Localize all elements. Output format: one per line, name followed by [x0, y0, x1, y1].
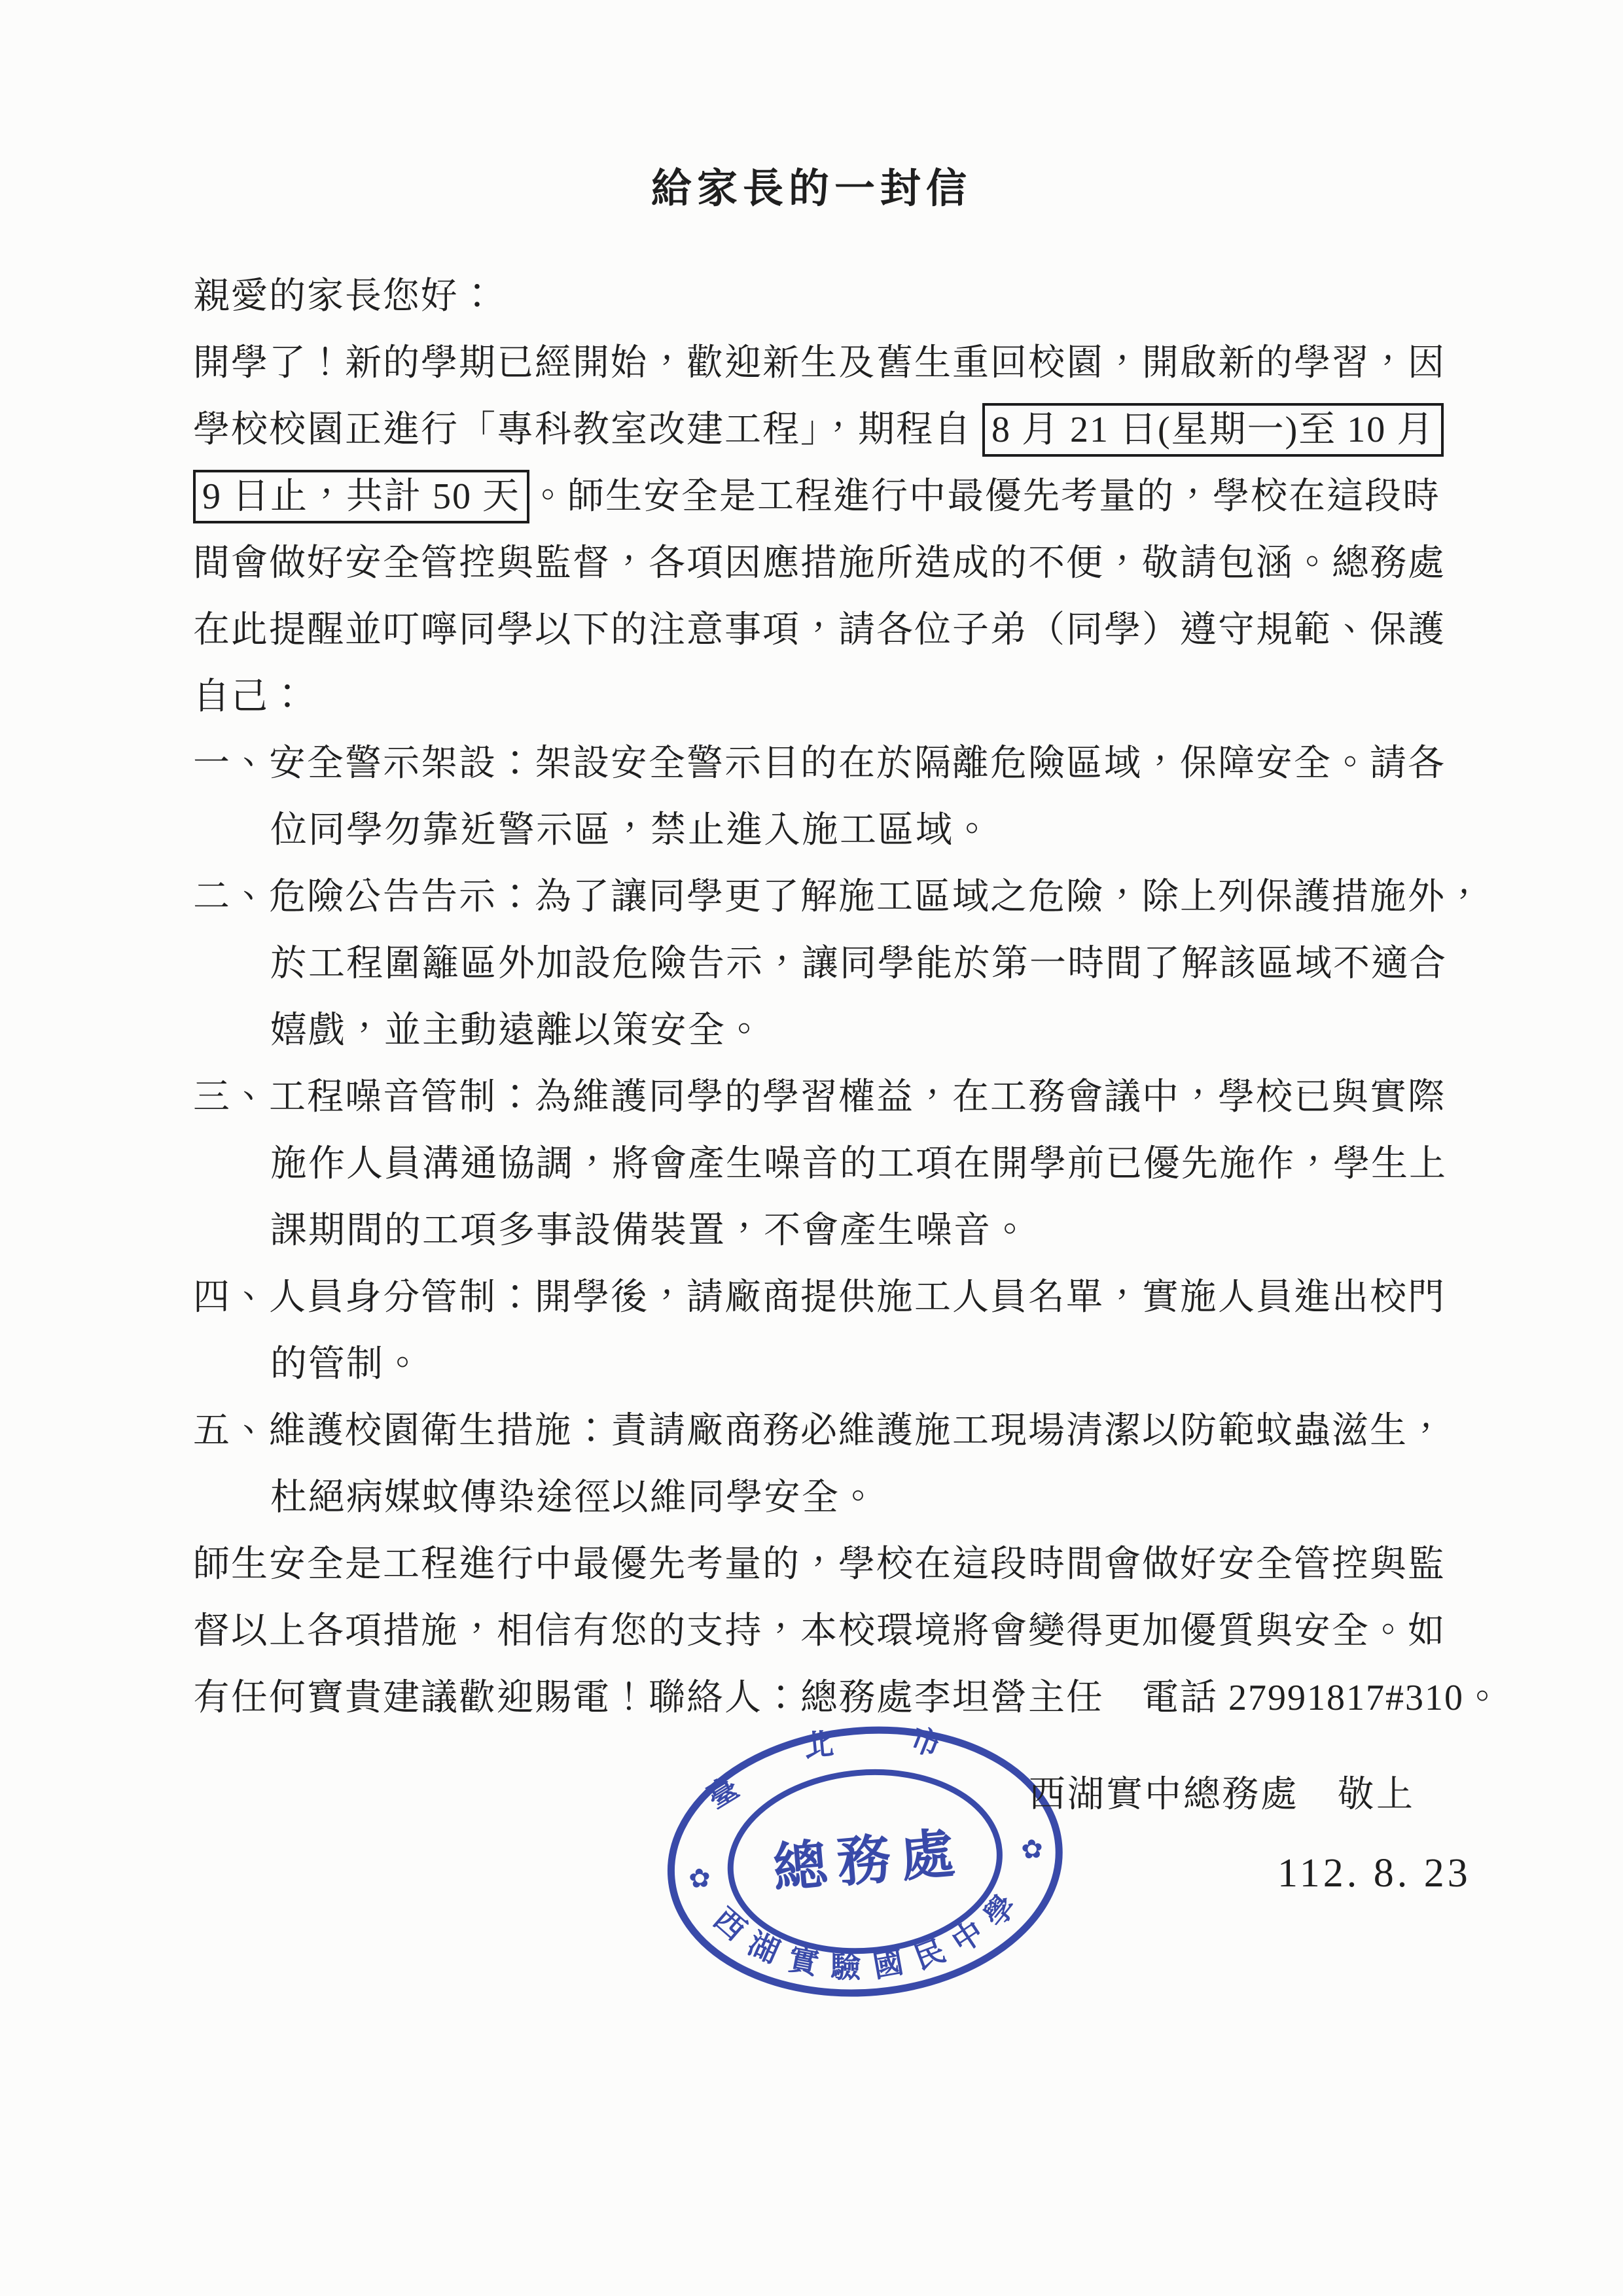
letter-body: 親愛的家長您好： 開學了！新的學期已經開始，歡迎新生及舊生重回校園，開啟新的學習…	[193, 263, 1476, 1731]
list-item-1-line-2: 位同學勿靠近警示區，禁止進入施工區域。	[193, 797, 1476, 864]
intro-line-1: 開學了！新的學期已經開始，歡迎新生及舊生重回校園，開啟新的學習，因	[193, 330, 1476, 397]
date-line: 112. 8. 23	[1277, 1840, 1471, 1907]
page-title: 給家長的一封信	[0, 156, 1623, 214]
intro-line-5: 在此提醒並叮嚀同學以下的注意事項，請各位子弟（同學）遵守規範、保護	[193, 597, 1476, 663]
office-seal-stamp: 臺北市 西湖實驗國民中學 總務處 ✿ ✿	[651, 1709, 1080, 2017]
closing-line-3: 有任何寶貴建議歡迎賜電！聯絡人：總務處李坦營主任 電話 27991817#310…	[193, 1665, 1476, 1731]
intro-line-2: 學校校園正進行「專科教室改建工程」，期程自 8 月 21 日(星期一)至 10 …	[193, 397, 1476, 463]
intro-line-3: 9 日止，共計 50 天。師生安全是工程進行中最優先考量的，學校在這段時	[193, 463, 1476, 530]
list-item-1-marker: 一、	[193, 743, 269, 784]
intro-line-2-text: 學校校園正進行「專科教室改建工程」，期程自	[193, 410, 972, 450]
list-item-2-text: 危險公告告示：為了讓同學更了解施工區域之危險，除上列保護措施外，	[269, 877, 1484, 917]
list-item-1-text: 安全警示架設：架設安全警示目的在於隔離危險區域，保障安全。請各	[269, 743, 1446, 784]
list-item-3-line-3: 課期間的工項多事設備裝置，不會產生噪音。	[193, 1197, 1476, 1264]
plum-blossom-icon: ✿	[687, 1863, 711, 1894]
list-item-2-line-3: 嬉戲，並主動遠離以策安全。	[193, 997, 1476, 1064]
list-item-4-text: 人員身分管制：開學後，請廠商提供施工人員名單，實施人員進出校門	[269, 1277, 1446, 1318]
list-item-5-line-1: 五、維護校園衛生措施：責請廠商務必維護施工現場清潔以防範蚊蟲滋生，	[193, 1398, 1476, 1464]
plum-blossom-icon: ✿	[1020, 1833, 1044, 1865]
list-item-3-marker: 三、	[193, 1077, 269, 1118]
list-item-5-line-2: 杜絕病媒蚊傳染途徑以維同學安全。	[193, 1464, 1476, 1531]
list-item-5-marker: 五、	[193, 1411, 269, 1451]
boxed-date-range-start: 8 月 21 日(星期一)至 10 月	[982, 403, 1444, 457]
intro-line-4: 間會做好安全管控與監督，各項因應措施所造成的不便，敬請包涵。總務處	[193, 530, 1476, 597]
list-item-3-text: 工程噪音管制：為維護同學的學習權益，在工務會議中，學校已與實際	[269, 1077, 1446, 1118]
letter-page: 給家長的一封信 親愛的家長您好： 開學了！新的學期已經開始，歡迎新生及舊生重回校…	[0, 0, 1623, 2296]
list-item-5-text: 維護校園衛生措施：責請廠商務必維護施工現場清潔以防範蚊蟲滋生，	[269, 1411, 1446, 1451]
list-item-4-line-1: 四、人員身分管制：開學後，請廠商提供施工人員名單，實施人員進出校門	[193, 1264, 1476, 1331]
closing-line-1: 師生安全是工程進行中最優先考量的，學校在這段時間會做好安全管控與監	[193, 1531, 1476, 1598]
list-item-3-line-1: 三、工程噪音管制：為維護同學的學習權益，在工務會議中，學校已與實際	[193, 1064, 1476, 1131]
salutation-line: 親愛的家長您好：	[193, 263, 1476, 330]
intro-line-6: 自己：	[193, 663, 1476, 730]
stamp-center-text: 總務處	[770, 1823, 967, 1899]
intro-line-3-text: 。師生安全是工程進行中最優先考量的，學校在這段時	[529, 476, 1440, 517]
list-item-1-line-1: 一、安全警示架設：架設安全警示目的在於隔離危險區域，保障安全。請各	[193, 730, 1476, 797]
boxed-date-range-end: 9 日止，共計 50 天	[193, 470, 529, 523]
list-item-4-line-2: 的管制。	[193, 1331, 1476, 1398]
list-item-4-marker: 四、	[193, 1277, 269, 1318]
closing-line-2: 督以上各項措施，相信有您的支持，本校環境將會變得更加優質與安全。如	[193, 1598, 1476, 1665]
list-item-2-line-2: 於工程圍籬區外加設危險告示，讓同學能於第一時間了解該區域不適合	[193, 930, 1476, 997]
list-item-3-line-2: 施作人員溝通協調，將會產生噪音的工項在開學前已優先施作，學生上	[193, 1131, 1476, 1197]
signature-line: 西湖實中總務處 敬上	[1029, 1761, 1415, 1828]
list-item-2-marker: 二、	[193, 877, 269, 917]
list-item-2-line-1: 二、危險公告告示：為了讓同學更了解施工區域之危險，除上列保護措施外，	[193, 864, 1476, 930]
